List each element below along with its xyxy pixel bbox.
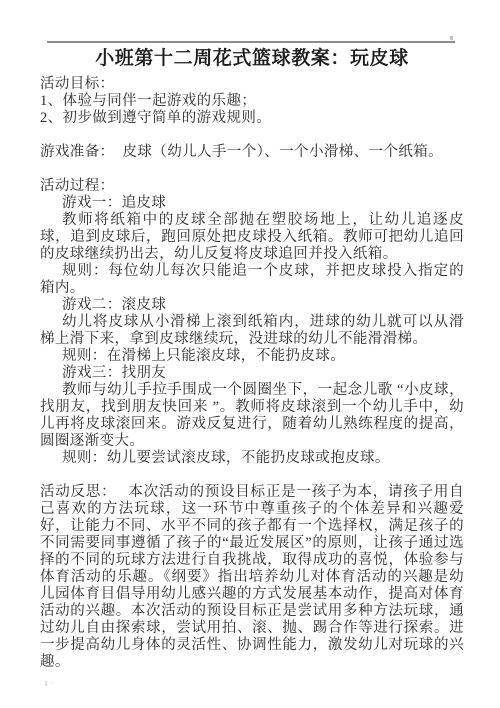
reflection-heading: 活动反思： [40, 484, 116, 500]
scan-artifact [450, 36, 453, 40]
goals-heading: 活动目标： [40, 76, 464, 93]
document-title: 小班第十二周花式篮球教案：玩皮球 [40, 48, 464, 70]
game-description: 教师与幼儿手拉手围成一个圆圈坐下，一起念儿歌 “小皮球，找朋友，找到朋友快回来 … [40, 382, 464, 450]
game-block: 游戏三：找朋友 教师与幼儿手拉手围成一个圆圈坐下，一起念儿歌 “小皮球，找朋友，… [40, 365, 464, 467]
reflection-text: 本次活动的预设目标正是一孩子为本，请孩子用自己喜欢的方法玩球，这一环节中尊重孩子… [40, 484, 464, 670]
header-rule [47, 41, 455, 43]
reflection-paragraph: 活动反思：本次活动的预设目标正是一孩子为本，请孩子用自己喜欢的方法玩球，这一环节… [40, 484, 464, 671]
game-name: 游戏三：找朋友 [40, 365, 464, 382]
document-body: 小班第十二周花式篮球教案：玩皮球 活动目标： 1、体验与同伴一起游戏的乐趣； 2… [0, 48, 500, 689]
goal-item: 1、体验与同伴一起游戏的乐趣； [40, 93, 464, 110]
page-number-marker: 1· [44, 679, 464, 689]
section-preparation: 游戏准备：皮球（幼儿人手一个）、一个小滑梯、一个纸箱。 [40, 144, 464, 161]
game-rule: 规则：幼儿要尝试滚皮球，不能扔皮球或抱皮球。 [40, 450, 464, 467]
game-block: 游戏二：滚皮球 幼儿将皮球从小滑梯上滚到纸箱内，进球的幼儿就可以从滑梯上滑下来，… [40, 297, 464, 365]
game-rule: 规则：在滑梯上只能滚皮球，不能扔皮球。 [40, 348, 464, 365]
preparation-text: 皮球（幼儿人手一个）、一个小滑梯、一个纸箱。 [123, 144, 444, 160]
goal-item: 2、初步做到遵守简单的游戏规则。 [40, 110, 464, 127]
section-goals: 活动目标： 1、体验与同伴一起游戏的乐趣； 2、初步做到遵守简单的游戏规则。 [40, 76, 464, 127]
game-name: 游戏一：追皮球 [40, 195, 464, 212]
game-block: 游戏一：追皮球 教师将纸箱中的皮球全部抛在塑胶场地上，让幼儿追逐皮球，追到皮球后… [40, 195, 464, 297]
section-process: 活动过程： 游戏一：追皮球 教师将纸箱中的皮球全部抛在塑胶场地上，让幼儿追逐皮球… [40, 178, 464, 467]
preparation-heading: 游戏准备： [40, 144, 115, 160]
process-heading: 活动过程： [40, 178, 464, 195]
preparation-line: 游戏准备：皮球（幼儿人手一个）、一个小滑梯、一个纸箱。 [40, 144, 464, 161]
document-page: 小班第十二周花式篮球教案：玩皮球 活动目标： 1、体验与同伴一起游戏的乐趣； 2… [0, 0, 500, 708]
game-description: 教师将纸箱中的皮球全部抛在塑胶场地上，让幼儿追逐皮球，追到皮球后，跑回原处把皮球… [40, 212, 464, 263]
game-name: 游戏二：滚皮球 [40, 297, 464, 314]
game-description: 幼儿将皮球从小滑梯上滚到纸箱内，进球的幼儿就可以从滑梯上滑下来，拿到皮球继续玩，… [40, 314, 464, 348]
game-rule: 规则：每位幼儿每次只能追一个皮球，并把皮球投入指定的箱内。 [40, 263, 464, 297]
section-reflection: 活动反思：本次活动的预设目标正是一孩子为本，请孩子用自己喜欢的方法玩球，这一环节… [40, 484, 464, 671]
